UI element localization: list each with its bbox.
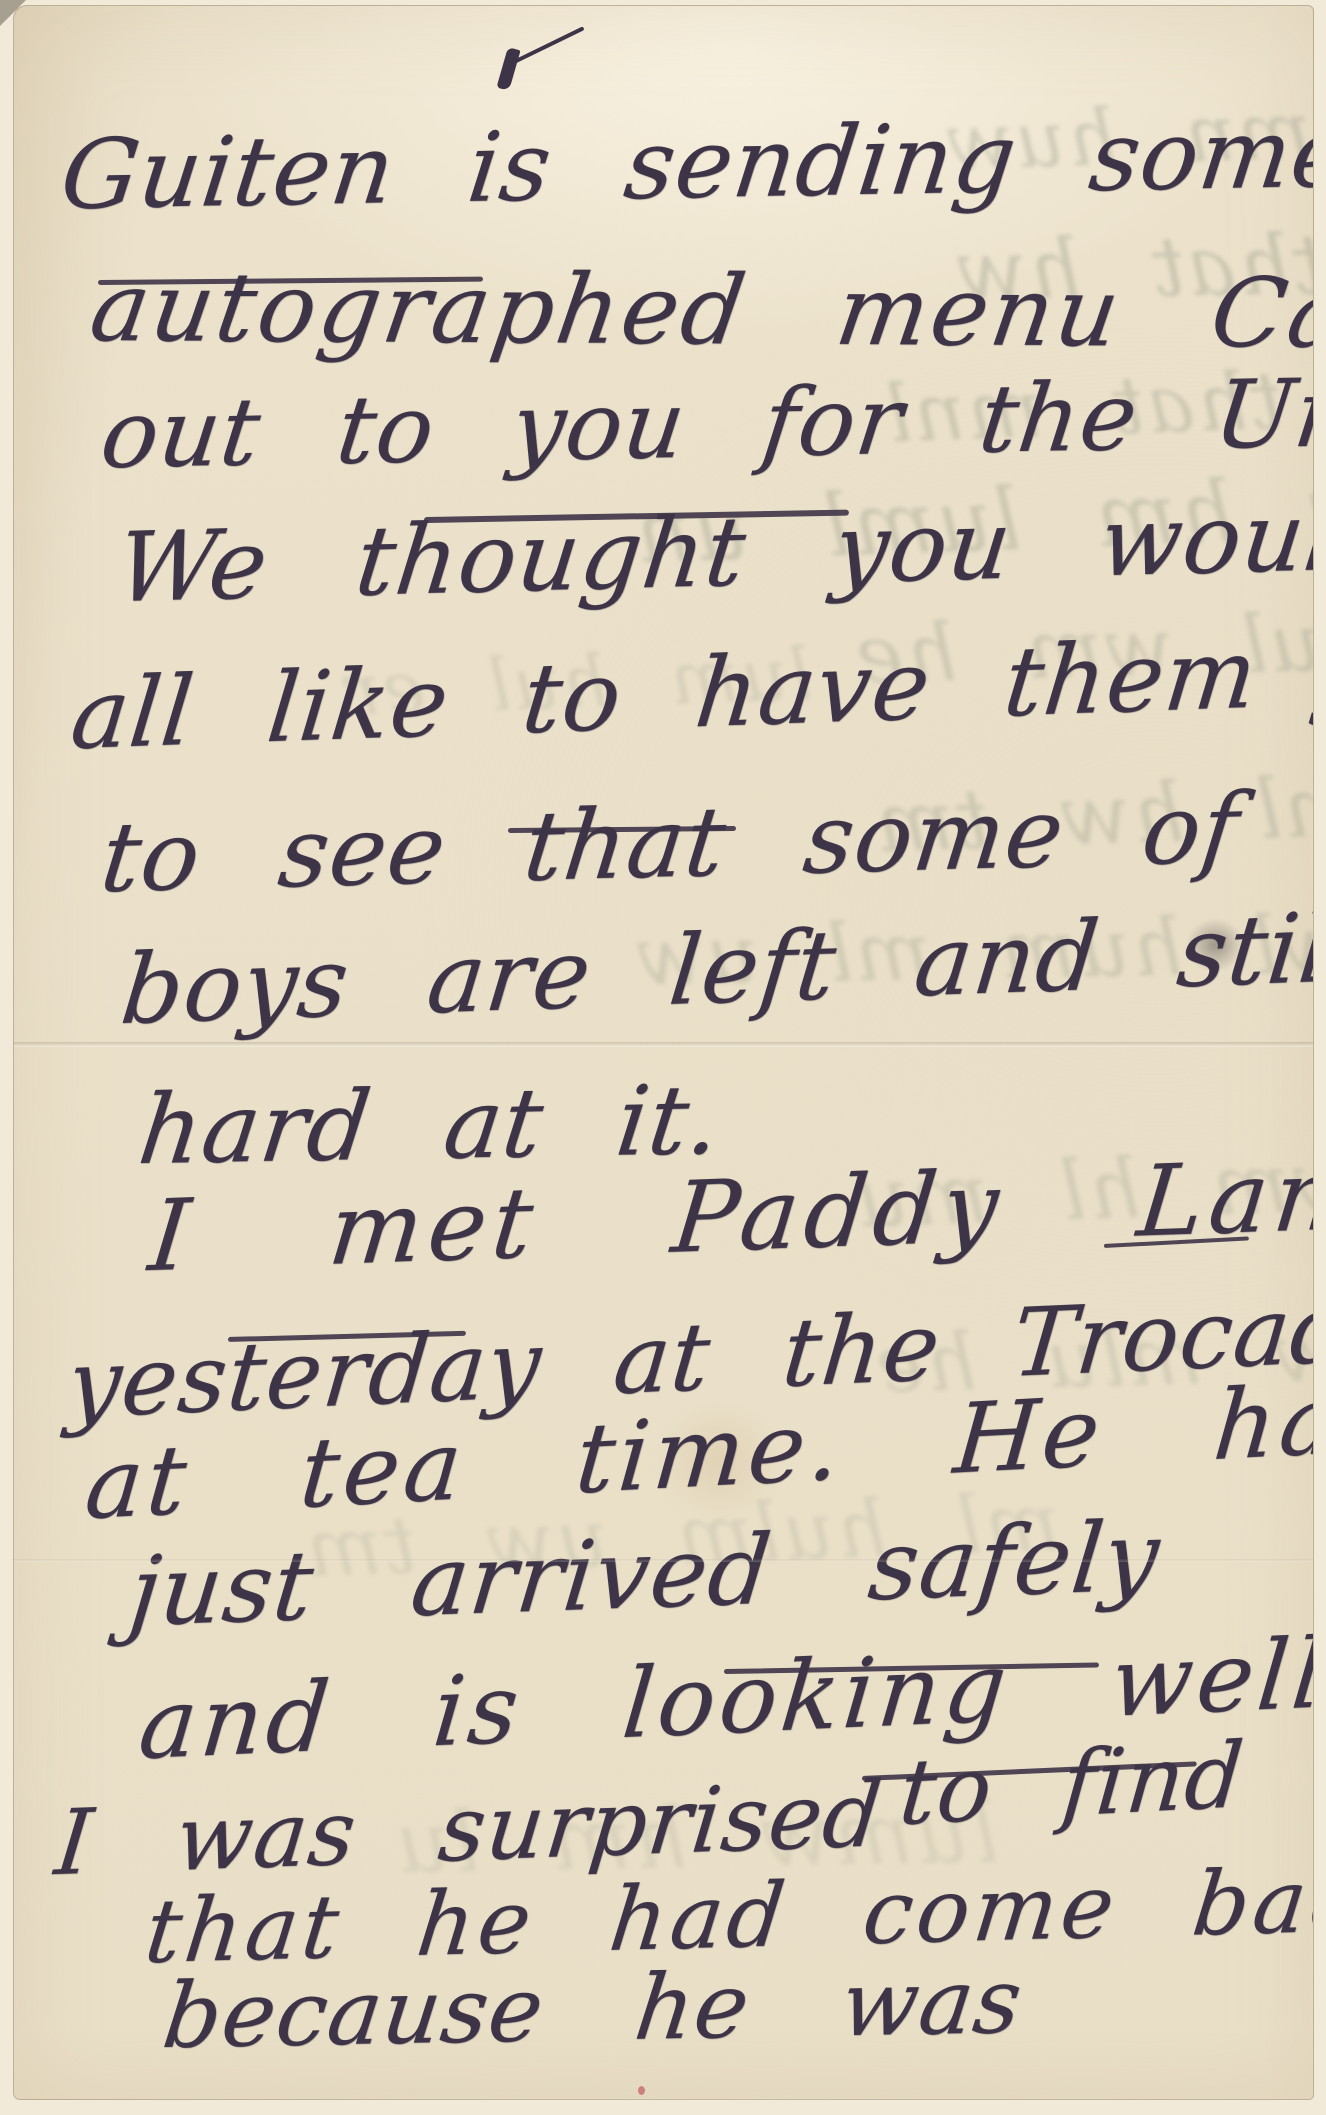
handwritten-line: autographed menu Cards: [85, 259, 1314, 362]
handwritten-line: to see that some of the: [97, 774, 1314, 906]
letter-page: ul mn huw huel that hw lul wm that mnl m…: [13, 5, 1314, 2100]
handwritten-line: boys are left and still: [117, 898, 1314, 1038]
handwritten-line: We thought you would: [113, 486, 1314, 616]
handwritten-line: all like to have them just: [67, 616, 1314, 763]
handwritten-line: to find: [896, 1731, 1248, 1840]
pen-stroke: [496, 47, 520, 91]
handwritten-line: out to you for the Union.: [96, 364, 1314, 483]
handwritten-line: because he was: [158, 1957, 1027, 2062]
page-number-mark: [496, 40, 606, 100]
scanned-letter: ul mn huw huel that hw lul wm that mnl m…: [0, 0, 1326, 2115]
red-speck: [638, 2086, 645, 2095]
pen-stroke: [509, 26, 584, 66]
handwritten-line: Guiten is sending some: [56, 104, 1314, 223]
